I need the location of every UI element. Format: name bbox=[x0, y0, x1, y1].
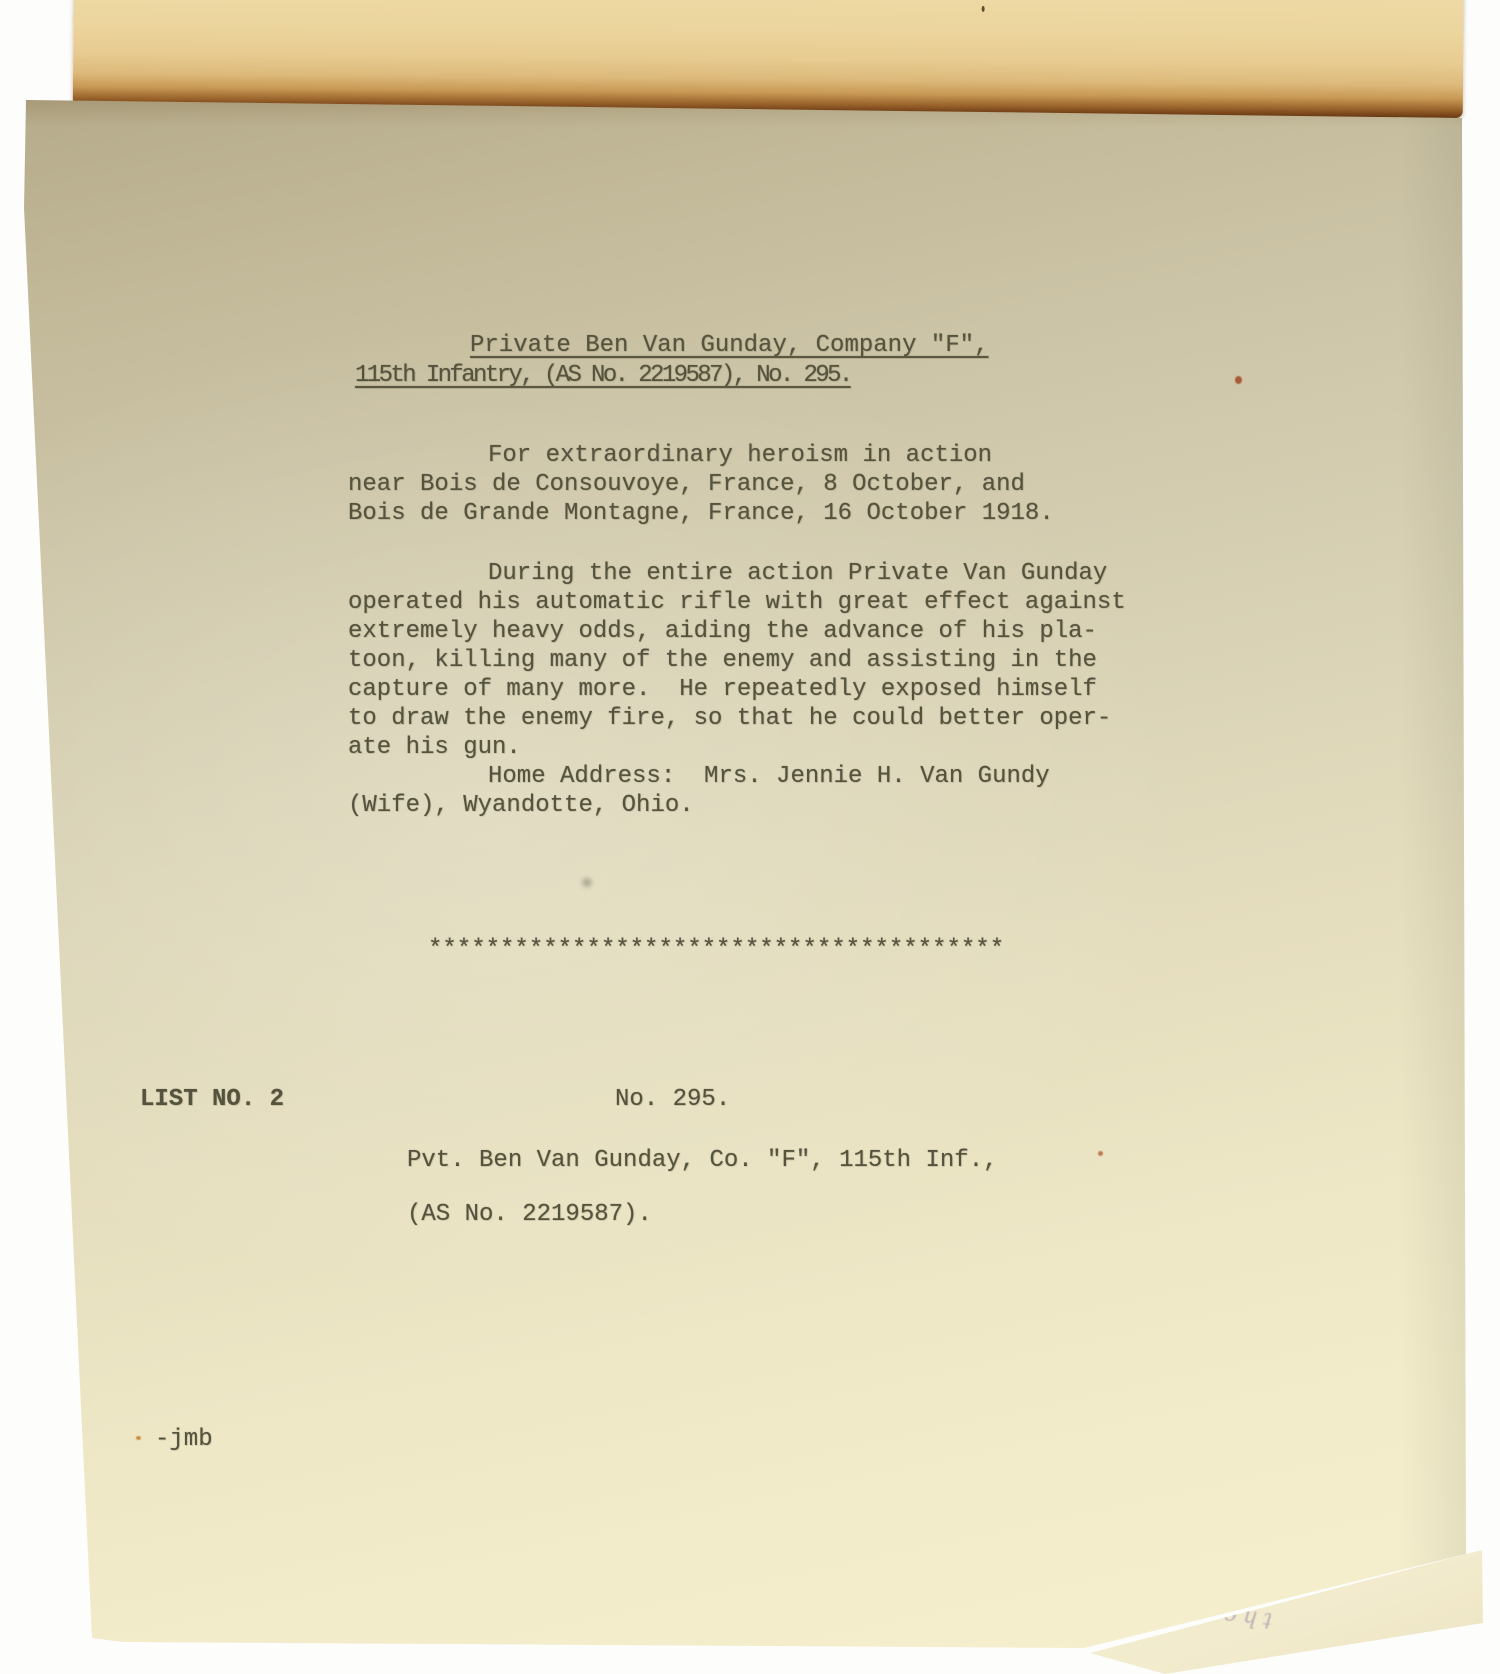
citation-body-line: capture of many more. He repeatedly expo… bbox=[348, 675, 1126, 704]
heading-line-1: Private Ben Van Gunday, Company "F", bbox=[470, 331, 988, 361]
paper-speck bbox=[1235, 376, 1242, 384]
typist-initials: -jmb bbox=[155, 1425, 213, 1454]
previous-page-burnt-edge bbox=[73, 0, 1464, 118]
paper-speck bbox=[1098, 1151, 1103, 1156]
paper-speck bbox=[136, 1436, 141, 1440]
document-page: Private Ben Van Gunday, Company "F", 115… bbox=[20, 88, 1472, 1658]
home-address-line: (Wife), Wyandotte, Ohio. bbox=[348, 791, 1050, 820]
paper-speck bbox=[982, 6, 985, 12]
footer-record-number: No. 295. bbox=[615, 1085, 730, 1114]
citation-body-line: toon, killing many of the enemy and assi… bbox=[348, 646, 1126, 675]
asterisk-separator: **************************************** bbox=[428, 935, 1004, 964]
citation-body-line: to draw the enemy fire, so that he could… bbox=[348, 704, 1126, 733]
scanned-document: the p Private Ben Van Gunday, Company "F… bbox=[0, 0, 1500, 1674]
citation-heading: Private Ben Van Gunday, Company "F", 115… bbox=[355, 331, 988, 391]
footer-service-number-line: (AS No. 2219587). bbox=[407, 1200, 652, 1229]
home-address-paragraph: Home Address: Mrs. Jennie H. Van Gundy (… bbox=[348, 762, 1050, 820]
footer-list-number: LIST NO. 2 bbox=[140, 1085, 284, 1114]
footer-soldier-line: Pvt. Ben Van Gunday, Co. "F", 115th Inf.… bbox=[407, 1146, 998, 1175]
citation-body-line: During the entire action Private Van Gun… bbox=[488, 559, 1126, 588]
home-address-line: Home Address: Mrs. Jennie H. Van Gundy bbox=[488, 762, 1050, 791]
citation-intro-line: Bois de Grande Montagne, France, 16 Octo… bbox=[348, 499, 1054, 528]
citation-body-line: ate his gun. bbox=[348, 733, 1126, 762]
citation-body-paragraph: During the entire action Private Van Gun… bbox=[348, 559, 1126, 762]
citation-intro-paragraph: For extraordinary heroism in action near… bbox=[348, 441, 1054, 528]
citation-body-line: operated his automatic rifle with great … bbox=[348, 588, 1126, 617]
citation-body-line: extremely heavy odds, aiding the advance… bbox=[348, 617, 1126, 646]
heading-line-2: 115th Infantry, (AS No. 2219587), No. 29… bbox=[355, 361, 988, 391]
citation-intro-line: For extraordinary heroism in action bbox=[488, 441, 1054, 470]
paper-smudge bbox=[582, 878, 592, 887]
citation-intro-line: near Bois de Consouvoye, France, 8 Octob… bbox=[348, 470, 1054, 499]
